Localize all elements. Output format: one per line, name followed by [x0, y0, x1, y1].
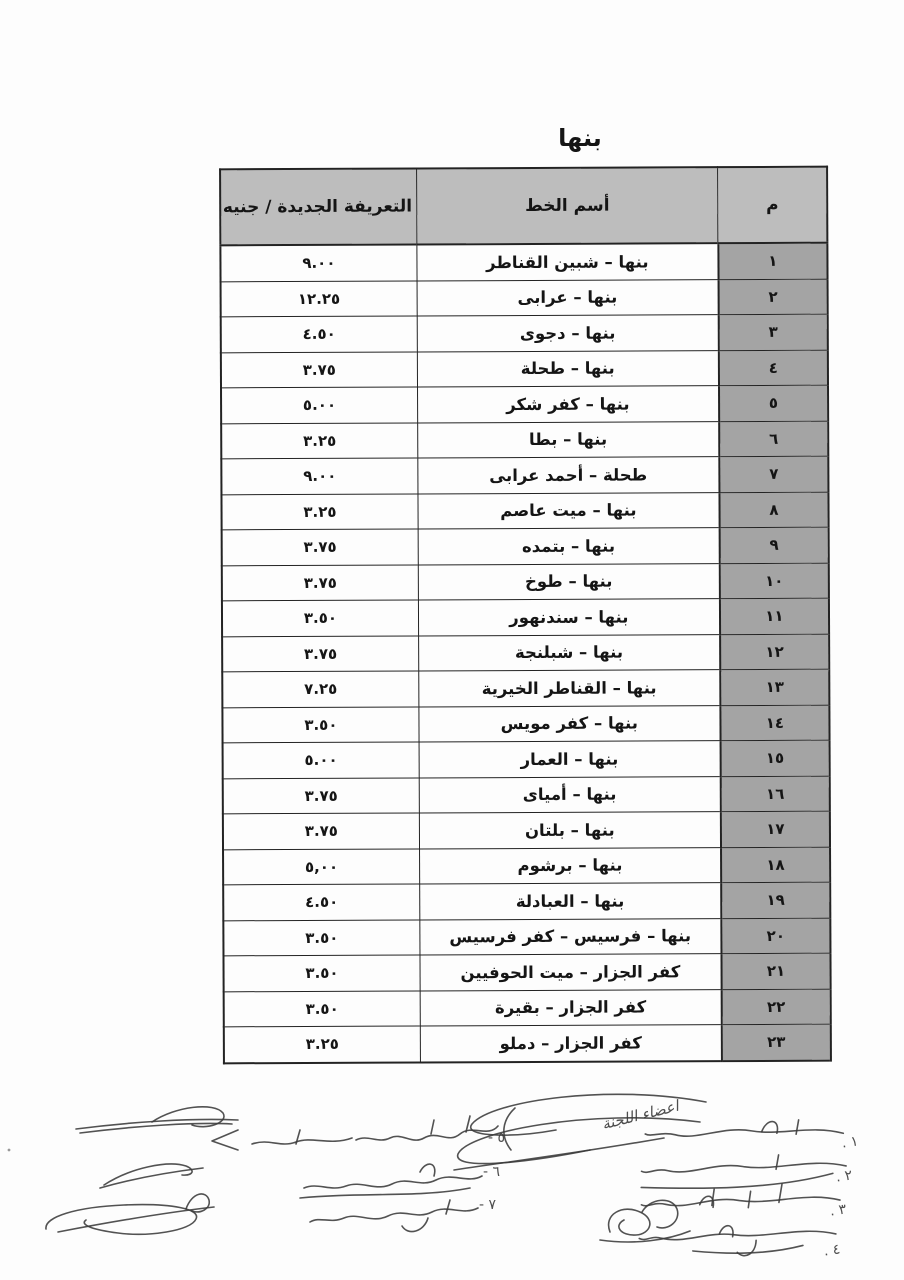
row-index-cell: ٢١	[721, 953, 830, 989]
line-name-cell: بنها – شبلنجة	[418, 634, 720, 671]
signature-middle-7	[310, 1200, 478, 1232]
line-name-cell: بنها – بلتان	[419, 812, 721, 849]
tariff-cell: ٣.٥٠	[222, 600, 418, 636]
scanned-document-page: بنها م أسم الخط التعريفة الجديدة / جنيه …	[0, 0, 904, 1280]
line-name-cell: بنها – العبادلة	[420, 883, 722, 920]
signature-right-2	[639, 1148, 847, 1198]
tariff-cell: ٩.٠٠	[220, 244, 416, 281]
tariff-cell: ٩.٠٠	[221, 458, 417, 494]
row-index-cell: ١٨	[721, 847, 830, 883]
tariff-cell: ٧.٢٥	[222, 671, 418, 707]
line-name-cell: بنها – أمياى	[419, 776, 721, 813]
line-name-cell: بنها – دجوى	[417, 315, 719, 352]
header-cell-tariff: التعريفة الجديدة / جنيه	[220, 168, 417, 245]
fare-table-header: م أسم الخط التعريفة الجديدة / جنيه	[220, 167, 827, 246]
line-name-cell: كفر الجزار – دملو	[420, 1025, 722, 1062]
table-row: ١بنها – شبين القناطر٩.٠٠	[220, 243, 827, 282]
header-cell-index: م	[718, 167, 828, 243]
tariff-cell: ٣.٥٠	[223, 919, 419, 955]
row-index-cell: ٨	[719, 492, 828, 528]
committee-heading-handwritten: اعضاء اللجنة	[600, 1096, 682, 1133]
table-row: ٤بنها – طحلة٣.٧٥	[221, 350, 828, 388]
signature-left-3	[46, 1194, 214, 1234]
row-index-cell: ١٥	[720, 740, 829, 776]
row-index-cell: ١٧	[721, 811, 830, 847]
header-row: م أسم الخط التعريفة الجديدة / جنيه	[220, 167, 827, 246]
line-name-cell: كفر الجزار – ميت الحوفيين	[420, 954, 722, 991]
middle-item-number-7: ٧ -	[479, 1197, 497, 1213]
fare-table-body: ١بنها – شبين القناطر٩.٠٠٢بنها – عرابى١٢.…	[220, 243, 831, 1063]
right-item-number-1: ١ .	[841, 1133, 859, 1151]
line-name-cell: بنها – شبين القناطر	[417, 243, 719, 280]
table-row: ١٢بنها – شبلنجة٣.٧٥	[222, 634, 829, 672]
tariff-cell: ٤.٥٠	[223, 884, 419, 920]
ink-speck	[8, 1149, 11, 1152]
row-index-cell: ٤	[719, 350, 828, 386]
table-row: ٦بنها – بطا٣.٢٥	[221, 421, 828, 459]
line-name-cell: بنها – طحلة	[417, 350, 719, 387]
row-index-cell: ٢٢	[721, 989, 830, 1025]
row-index-cell: ٢٠	[721, 918, 830, 954]
table-row: ٢٠بنها – فرسيس – كفر فرسيس٣.٥٠	[223, 918, 830, 956]
tariff-cell: ٤.٥٠	[221, 316, 417, 352]
line-name-cell: بنها – فرسيس – كفر فرسيس	[420, 918, 722, 955]
table-row: ٨بنها – ميت عاصم٣.٢٥	[221, 492, 828, 530]
row-index-cell: ١٣	[720, 669, 829, 705]
row-index-cell: ١٦	[721, 776, 830, 812]
row-index-cell: ٣	[719, 314, 828, 350]
tariff-cell: ٣.٧٥	[222, 529, 418, 565]
table-row: ٩بنها – بتمده٣.٧٥	[222, 527, 829, 565]
signature-loopy	[600, 1200, 690, 1242]
table-row: ١٧بنها – بلتان٣.٧٥	[223, 811, 830, 849]
tariff-cell: ٥.٠٠	[221, 387, 417, 423]
table-row: ٢٣كفر الجزار – دملو٣.٢٥	[224, 1024, 831, 1063]
table-row: ١٩بنها – العبادلة٤.٥٠	[223, 882, 830, 920]
line-name-cell: بنها – القناطر الخيرية	[419, 670, 721, 707]
tariff-cell: ٣.٧٥	[223, 777, 419, 813]
row-index-cell: ٦	[719, 421, 828, 457]
row-index-cell: ٥	[719, 385, 828, 421]
row-index-cell: ٢٣	[722, 1024, 831, 1060]
line-name-cell: بنها – برشوم	[419, 847, 721, 884]
row-index-cell: ١٢	[720, 634, 829, 670]
line-name-cell: بنها – بتمده	[418, 528, 720, 565]
line-name-cell: بنها – عرابى	[417, 279, 719, 316]
middle-item-number-5: ٥ -	[488, 1130, 505, 1146]
table-row: ١٨بنها – برشوم٥,٠٠	[223, 847, 830, 885]
table-row: ١١بنها – سندنهور٣.٥٠	[222, 598, 829, 636]
row-index-cell: ١	[718, 243, 827, 279]
table-row: ١٥بنها – العمار٥.٠٠	[223, 740, 830, 778]
tariff-cell: ٣.٧٥	[221, 351, 417, 387]
tariff-cell: ٣.٧٥	[223, 813, 419, 849]
table-row: ٢٢كفر الجزار – بقيرة٣.٥٠	[224, 989, 831, 1027]
tariff-cell: ٣.٢٥	[221, 493, 417, 529]
line-name-cell: بنها – ميت عاصم	[418, 492, 720, 529]
row-index-cell: ١٠	[720, 563, 829, 599]
table-row: ٧طحلة – أحمد عرابى٩.٠٠	[221, 456, 828, 494]
row-index-cell: ١٩	[721, 882, 830, 918]
middle-item-number-6: ٦ -	[483, 1164, 500, 1180]
table-row: ١٣بنها – القناطر الخيرية٧.٢٥	[222, 669, 829, 707]
row-index-cell: ١٤	[720, 705, 829, 741]
table-row: ٥بنها – كفر شكر٥.٠٠	[221, 385, 828, 423]
tariff-cell: ٣.٧٥	[222, 635, 418, 671]
signature-right-4	[639, 1214, 837, 1266]
fare-table: م أسم الخط التعريفة الجديدة / جنيه ١بنها…	[219, 166, 832, 1064]
table-row: ٢١كفر الجزار – ميت الحوفيين٣.٥٠	[223, 953, 830, 991]
tariff-cell: ٣.٢٥	[224, 1026, 420, 1063]
handwritten-signatures-area: اعضاء اللجنة ٥ -	[0, 1080, 904, 1280]
tariff-cell: ٥.٠٠	[223, 742, 419, 778]
header-cell-line-name: أسم الخط	[416, 167, 718, 244]
line-name-cell: بنها – بطا	[418, 421, 720, 458]
tariff-cell: ٣.٥٠	[223, 955, 419, 991]
tariff-cell: ٥,٠٠	[223, 848, 419, 884]
line-name-cell: بنها – العمار	[419, 741, 721, 778]
tariff-cell: ٣.٧٥	[222, 564, 418, 600]
row-index-cell: ١١	[720, 598, 829, 634]
tariff-cell: ٣.٥٠	[224, 990, 420, 1026]
right-item-number-4: ٤ .	[823, 1241, 841, 1259]
table-row: ٣بنها – دجوى٤.٥٠	[221, 314, 828, 352]
signature-right-3	[641, 1176, 840, 1221]
page-title: بنها	[430, 124, 730, 152]
row-index-cell: ٢	[718, 279, 827, 315]
table-row: ١٠بنها – طوخ٣.٧٥	[222, 563, 829, 601]
table-row: ١٦بنها – أمياى٣.٧٥	[223, 776, 830, 814]
signature-left-1	[76, 1107, 238, 1133]
right-item-number-3: ٣ .	[829, 1201, 848, 1219]
right-item-number-2: ٢ .	[835, 1167, 853, 1185]
line-name-cell: بنها – كفر مويس	[419, 705, 721, 742]
line-name-cell: طحلة – أحمد عرابى	[418, 457, 720, 494]
line-name-cell: بنها – سندنهور	[418, 599, 720, 636]
row-index-cell: ٧	[719, 456, 828, 492]
row-index-cell: ٩	[719, 527, 828, 563]
line-name-cell: بنها – طوخ	[418, 563, 720, 600]
table-row: ١٤بنها – كفر مويس٣.٥٠	[222, 705, 829, 743]
tariff-cell: ١٢.٢٥	[221, 280, 417, 316]
signature-left-2	[100, 1164, 203, 1188]
line-name-cell: كفر الجزار – بقيرة	[420, 989, 722, 1026]
line-name-cell: بنها – كفر شكر	[417, 386, 719, 423]
tariff-cell: ٣.٢٥	[221, 422, 417, 458]
tariff-cell: ٣.٥٠	[222, 706, 418, 742]
table-row: ٢بنها – عرابى١٢.٢٥	[221, 279, 828, 317]
